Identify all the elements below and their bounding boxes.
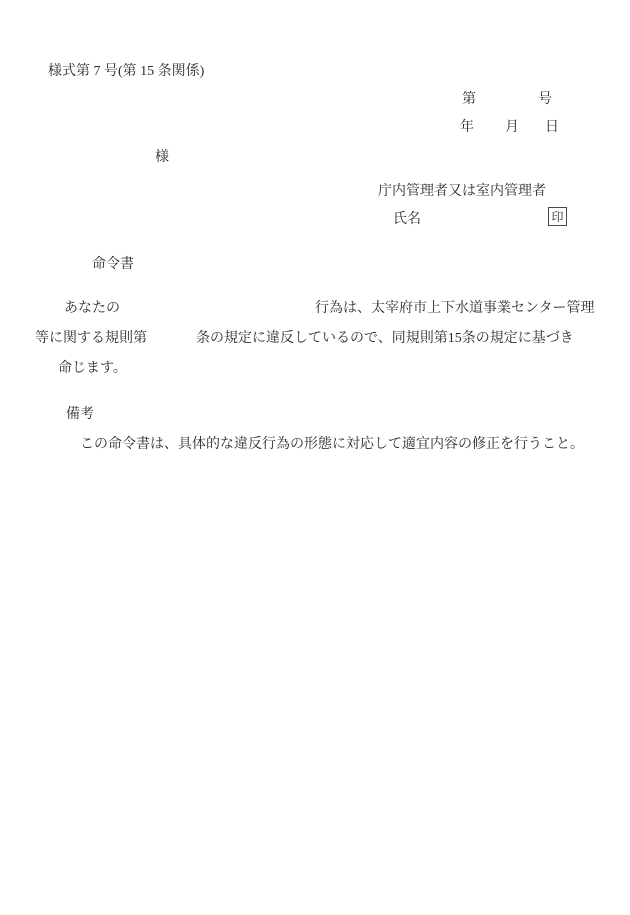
document-page: 様式第 7 号(第 15 条関係) 第 号 年 月 日 様 庁内管理者又は室内管…	[0, 0, 630, 915]
remarks-note: この命令書は、具体的な違反行為の形態に対応して適宜内容の修正を行うこと。	[80, 438, 584, 452]
date-day-label: 日	[545, 121, 559, 135]
form-number: 様式第 7 号(第 15 条関係)	[48, 65, 204, 79]
body-line3: 命じます。	[58, 362, 127, 376]
addressee-honorific: 様	[155, 151, 169, 165]
remarks-label: 備考	[66, 408, 94, 422]
doc-number-prefix: 第	[462, 93, 476, 107]
issuer-title: 庁内管理者又は室内管理者	[378, 185, 546, 199]
seal-box: 印	[548, 207, 567, 226]
document-title: 命令書	[92, 258, 134, 272]
date-year-label: 年	[460, 121, 474, 135]
body-line1-right: 行為は、太宰府市上下水道事業センター管理	[315, 302, 594, 316]
doc-number-suffix: 号	[538, 93, 552, 107]
body-line2-left: 等に関する規則第	[35, 332, 147, 346]
seal-mark: 印	[551, 211, 563, 223]
body-line2-right: 条の規定に違反しているので、同規則第15条の規定に基づき	[196, 332, 574, 346]
body-line1-left: あなたの	[64, 302, 120, 316]
issuer-name-label: 氏名	[393, 213, 421, 227]
date-month-label: 月	[505, 121, 519, 135]
